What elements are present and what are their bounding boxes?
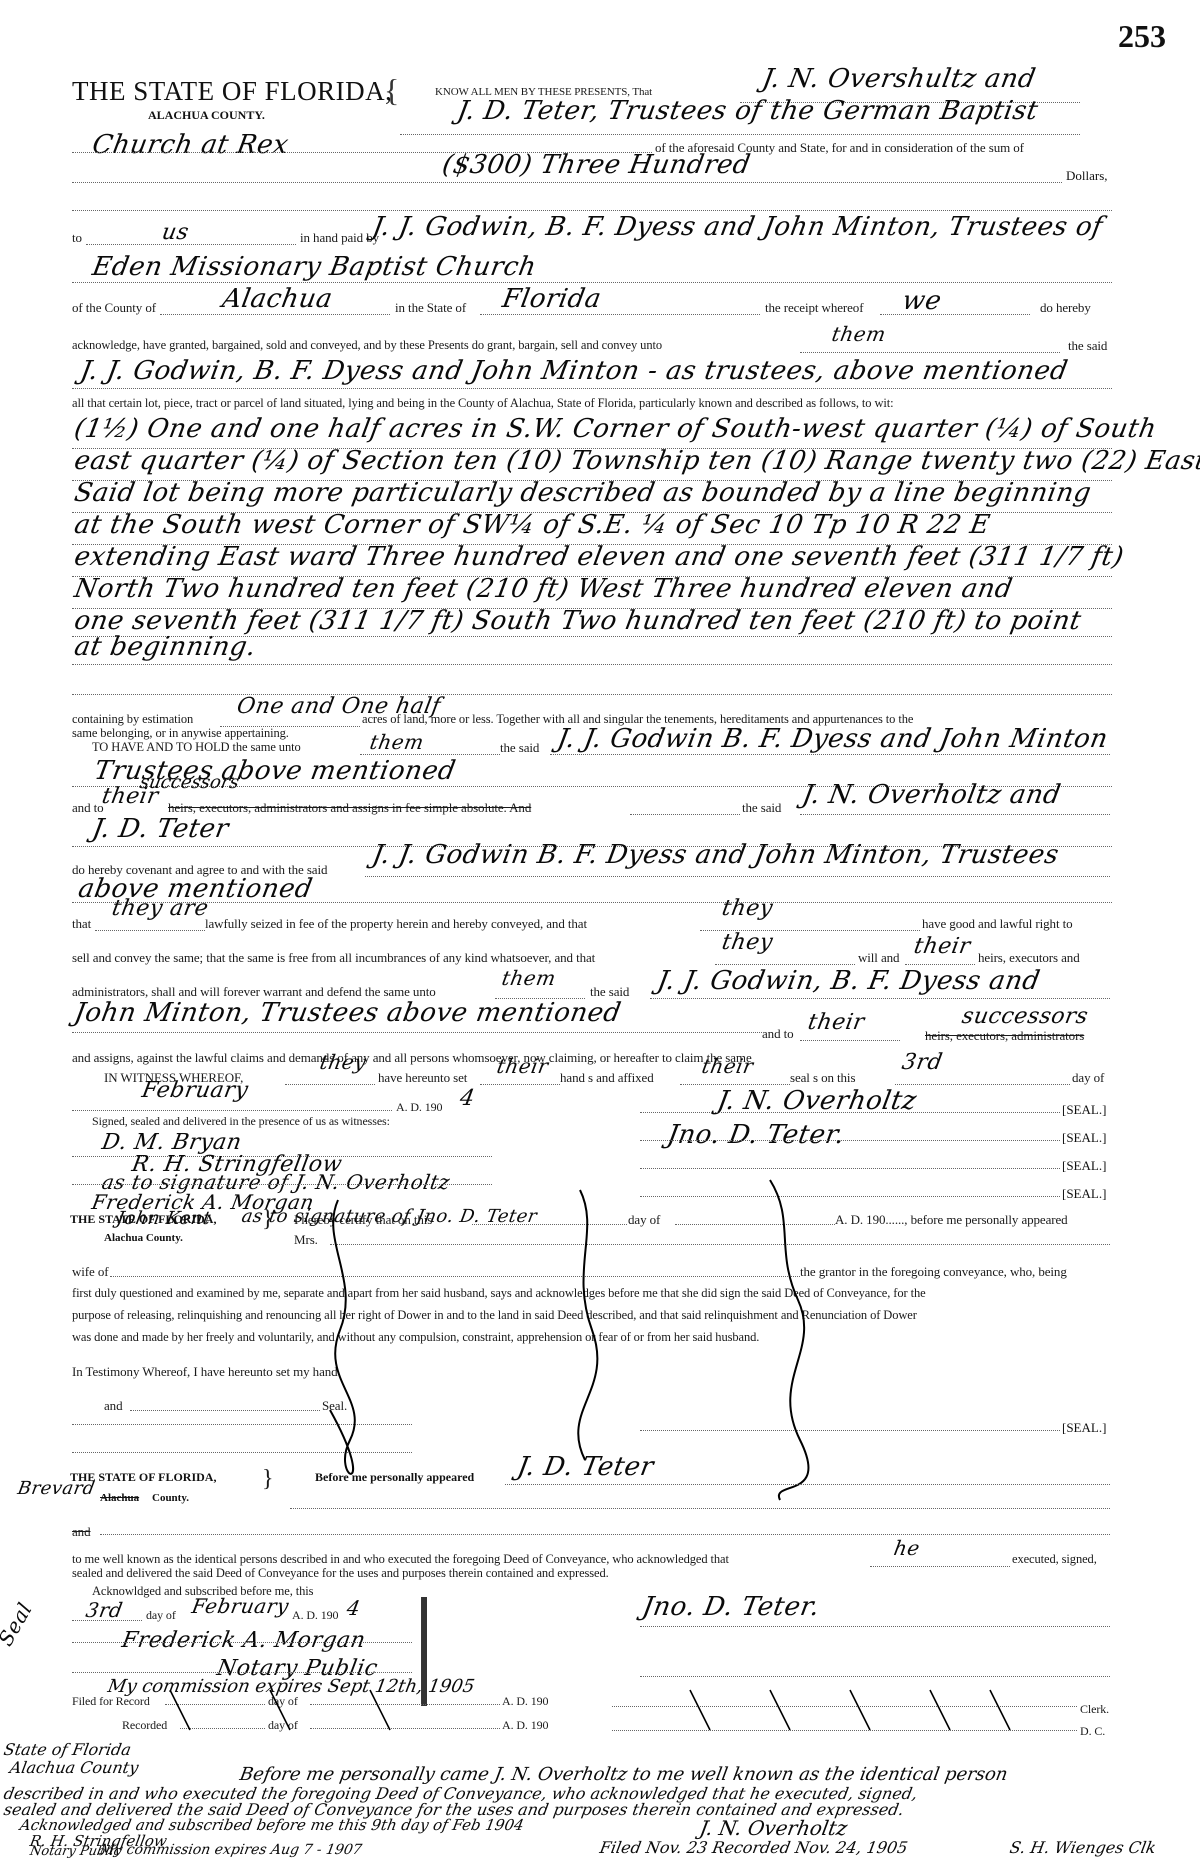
brace: {: [384, 72, 399, 109]
hand-paid-label: in hand paid by: [300, 230, 379, 246]
filed-label: Filed for Record: [72, 1694, 150, 1709]
wife-of-label: wife of: [72, 1264, 108, 1280]
county-label: ALACHUA COUNTY.: [148, 108, 265, 123]
known-text: to me well known as the identical person…: [72, 1552, 729, 1567]
description-line: extending East ward Three hundred eleven…: [72, 542, 1126, 572]
county-suffix: County.: [152, 1492, 189, 1504]
description-line: east quarter (¼) of Section ten (10) Tow…: [72, 446, 1200, 476]
appeared-label: Before me personally appeared: [315, 1470, 474, 1485]
day-value: 3rd: [900, 1050, 945, 1075]
dower-body-line: was done and made by her freely and volu…: [72, 1330, 759, 1345]
state-value: Florida: [500, 284, 604, 314]
grantors-line-1: J. N. Overshultz and: [760, 64, 1038, 94]
signed-sealed: Signed, sealed and delivered in the pres…: [92, 1114, 390, 1129]
month-value: February: [140, 1078, 250, 1103]
and-to: and to: [762, 1026, 794, 1042]
margin-county: Alachua County: [8, 1758, 140, 1777]
unto-value: them: [368, 730, 426, 754]
admin-them-value: them: [500, 966, 558, 990]
day-of: day of: [146, 1608, 176, 1623]
covenant-grantees-line-1: J. J. Godwin B. F. Dyess and John Minton…: [370, 840, 1061, 870]
state-label: in the State of: [395, 300, 466, 316]
ad-text: A. D. 190......, before me personally ap…: [835, 1212, 1068, 1228]
description-line: (1½) One and one half acres in S.W. Corn…: [72, 414, 1159, 444]
dc-label: D. C.: [1080, 1724, 1105, 1739]
cancel-stroke: [330, 1200, 332, 1202]
their-hands: their: [495, 1054, 550, 1078]
seal-margin: Seal: [0, 1598, 37, 1650]
to-label: to: [72, 230, 82, 246]
grantor-text: the grantor in the foregoing conveyance,…: [800, 1264, 1067, 1280]
seal-bracket: [SEAL.]: [1062, 1420, 1106, 1436]
to-value: us: [160, 220, 191, 245]
day-of: day of: [1072, 1070, 1104, 1086]
to-have-label: TO HAVE AND TO HOLD the same unto: [92, 740, 301, 755]
land-intro: all that certain lot, piece, tract or pa…: [72, 396, 894, 411]
the-said: the said: [500, 740, 539, 756]
county-label: of the County of: [72, 300, 156, 316]
habendum-grantees-line-1: J. J. Godwin B. F. Dyess and John Minton: [555, 724, 1110, 754]
heirs-struck: heirs, executors, administrators: [925, 1028, 1084, 1044]
brace: }: [262, 1466, 273, 1493]
second-ack-commission: My commission expires Aug 7 - 1907: [99, 1842, 364, 1858]
they-value: they: [720, 896, 775, 921]
brace: }: [262, 1206, 273, 1233]
appeared-value: J. D. Teter: [515, 1452, 656, 1482]
successors-value: successors: [960, 1004, 1090, 1029]
cancel-stroke: [170, 1690, 172, 1692]
known-value: he: [892, 1536, 922, 1560]
county-handwritten: Brevard: [16, 1478, 97, 1499]
state-title: THE STATE OF FLORIDA,: [72, 76, 392, 107]
day-of: day of: [628, 1212, 660, 1228]
description-line: at beginning.: [72, 632, 258, 662]
set-label: have hereunto set: [378, 1070, 467, 1086]
acknowledge-text: acknowledge, have granted, bargained, so…: [72, 338, 662, 353]
warrant-grantees-line-1: J. J. Godwin, B. F. Dyess and: [655, 966, 1042, 996]
dower-county: Alachua County.: [104, 1232, 183, 1244]
description-line: Said lot being more particularly describ…: [72, 478, 1094, 508]
seal-label: [SEAL.]: [1062, 1158, 1106, 1174]
ad-label: A. D. 190: [292, 1608, 338, 1623]
will-their-value: their: [912, 934, 973, 959]
testimony-text: In Testimony Whereof, I have hereunto se…: [72, 1364, 338, 1380]
and-label: and: [104, 1398, 122, 1414]
grantees-line: J. J. Godwin, B. F. Dyess and John Minto…: [78, 356, 1070, 386]
ad-label: A. D. 190: [502, 1694, 548, 1709]
second-ack-line: Before me personally came J. N. Overholt…: [238, 1764, 1009, 1785]
dower-state: THE STATE OF FLORIDA,: [70, 1212, 216, 1227]
and-label: and: [72, 1524, 90, 1540]
ad-label: A. D. 190: [502, 1718, 548, 1733]
containing-label: containing by estimation: [72, 712, 193, 727]
belonging-text: same belonging, or in anywise appertaini…: [72, 726, 289, 741]
signature: Jno. D. Teter.: [665, 1120, 847, 1150]
sell-text: sell and convey the same; that the same …: [72, 950, 595, 966]
day-of: day of: [268, 1718, 298, 1733]
year-digit: 4: [458, 1086, 477, 1111]
habendum-grantors-line-1: J. N. Overholtz and: [800, 780, 1063, 810]
receipt-value: we: [900, 286, 944, 316]
seal-label: [SEAL.]: [1062, 1186, 1106, 1202]
payers-line-2: Eden Missionary Baptist Church: [90, 252, 539, 282]
brace: |: [412, 1580, 436, 1700]
dollars-label: Dollars,: [1066, 168, 1108, 184]
said-label: the said: [742, 800, 781, 816]
sell-they-value: they: [720, 930, 775, 955]
mrs-label: Mrs.: [294, 1232, 318, 1248]
signer-signature: Jno. D. Teter.: [640, 1592, 822, 1622]
description-line: at the South west Corner of SW¼ of S.E. …: [72, 510, 992, 540]
second-ack-signer: J. N. Overholtz: [698, 1816, 849, 1840]
and-to-value: their: [100, 784, 161, 809]
grantors-line-3: Church at Rex: [90, 130, 291, 160]
executed-text: executed, signed,: [1012, 1552, 1097, 1567]
they-value: they: [318, 1050, 368, 1074]
clerk-signature: S. H. Wienges Clk: [1008, 1838, 1157, 1857]
grantors-line-2: J. D. Teter, Trustees of the German Bapt…: [455, 96, 1040, 126]
recorded-label: Recorded: [122, 1718, 167, 1733]
seal-label: Seal.: [322, 1398, 347, 1414]
heirs-exec: heirs, executors and: [978, 950, 1080, 966]
convey-unto-value: them: [830, 322, 888, 346]
ad-label: A. D. 190: [396, 1100, 442, 1115]
certify-text: I hereby certify that on this: [294, 1212, 432, 1228]
county-value: Alachua: [220, 284, 335, 314]
cancel-stroke: [770, 1180, 772, 1182]
ack-month-value: February: [190, 1594, 291, 1618]
that-label: that: [72, 916, 91, 932]
right-text: have good and lawful right to: [922, 916, 1073, 932]
seal-label: [SEAL.]: [1062, 1102, 1106, 1118]
dower-body-line: purpose of releasing, relinquishing and …: [72, 1308, 917, 1323]
ack-year-digit: 4: [345, 1596, 362, 1620]
notary-name: Frederick A. Morgan: [120, 1628, 368, 1653]
filed-note: Filed Nov. 23 Recorded Nov. 24, 1905: [598, 1838, 909, 1857]
the-said: the said: [1068, 338, 1107, 354]
sum-written: ($300) Three Hundred: [440, 150, 753, 180]
ack-day-value: 3rd: [84, 1598, 125, 1622]
description-line: North Two hundred ten feet (210 ft) West…: [72, 574, 1015, 604]
hand-label: hand s and affixed: [560, 1070, 654, 1086]
will-and: will and: [858, 950, 899, 966]
that-value: they are: [110, 896, 211, 921]
warrant-grantees-line-2: John Minton, Trustees above mentioned: [72, 998, 623, 1028]
margin-state: State of Florida: [2, 1740, 132, 1759]
seal-label: [SEAL.]: [1062, 1130, 1106, 1146]
cancel-stroke: [580, 1190, 582, 1192]
seized-text: lawfully seized in fee of the property h…: [205, 916, 587, 932]
habendum-grantors-line-2: J. D. Teter: [90, 814, 231, 844]
delivered-text: sealed and delivered the said Deed of Co…: [72, 1566, 609, 1581]
assigns-text: and assigns, against the lawful claims a…: [72, 1050, 752, 1066]
clerk-label: Clerk.: [1080, 1702, 1109, 1717]
their-seals: their: [700, 1054, 755, 1078]
do-hereby: do hereby: [1040, 300, 1091, 316]
county-struck: Alachua: [100, 1492, 139, 1504]
page-number: 253: [1118, 18, 1166, 55]
receipt-label: the receipt whereof: [765, 300, 863, 316]
and-to-value: their: [806, 1010, 867, 1035]
seal-on-label: seal s on this: [790, 1070, 855, 1086]
payers-line-1: J. J. Godwin, B. F. Dyess and John Minto…: [370, 212, 1105, 242]
